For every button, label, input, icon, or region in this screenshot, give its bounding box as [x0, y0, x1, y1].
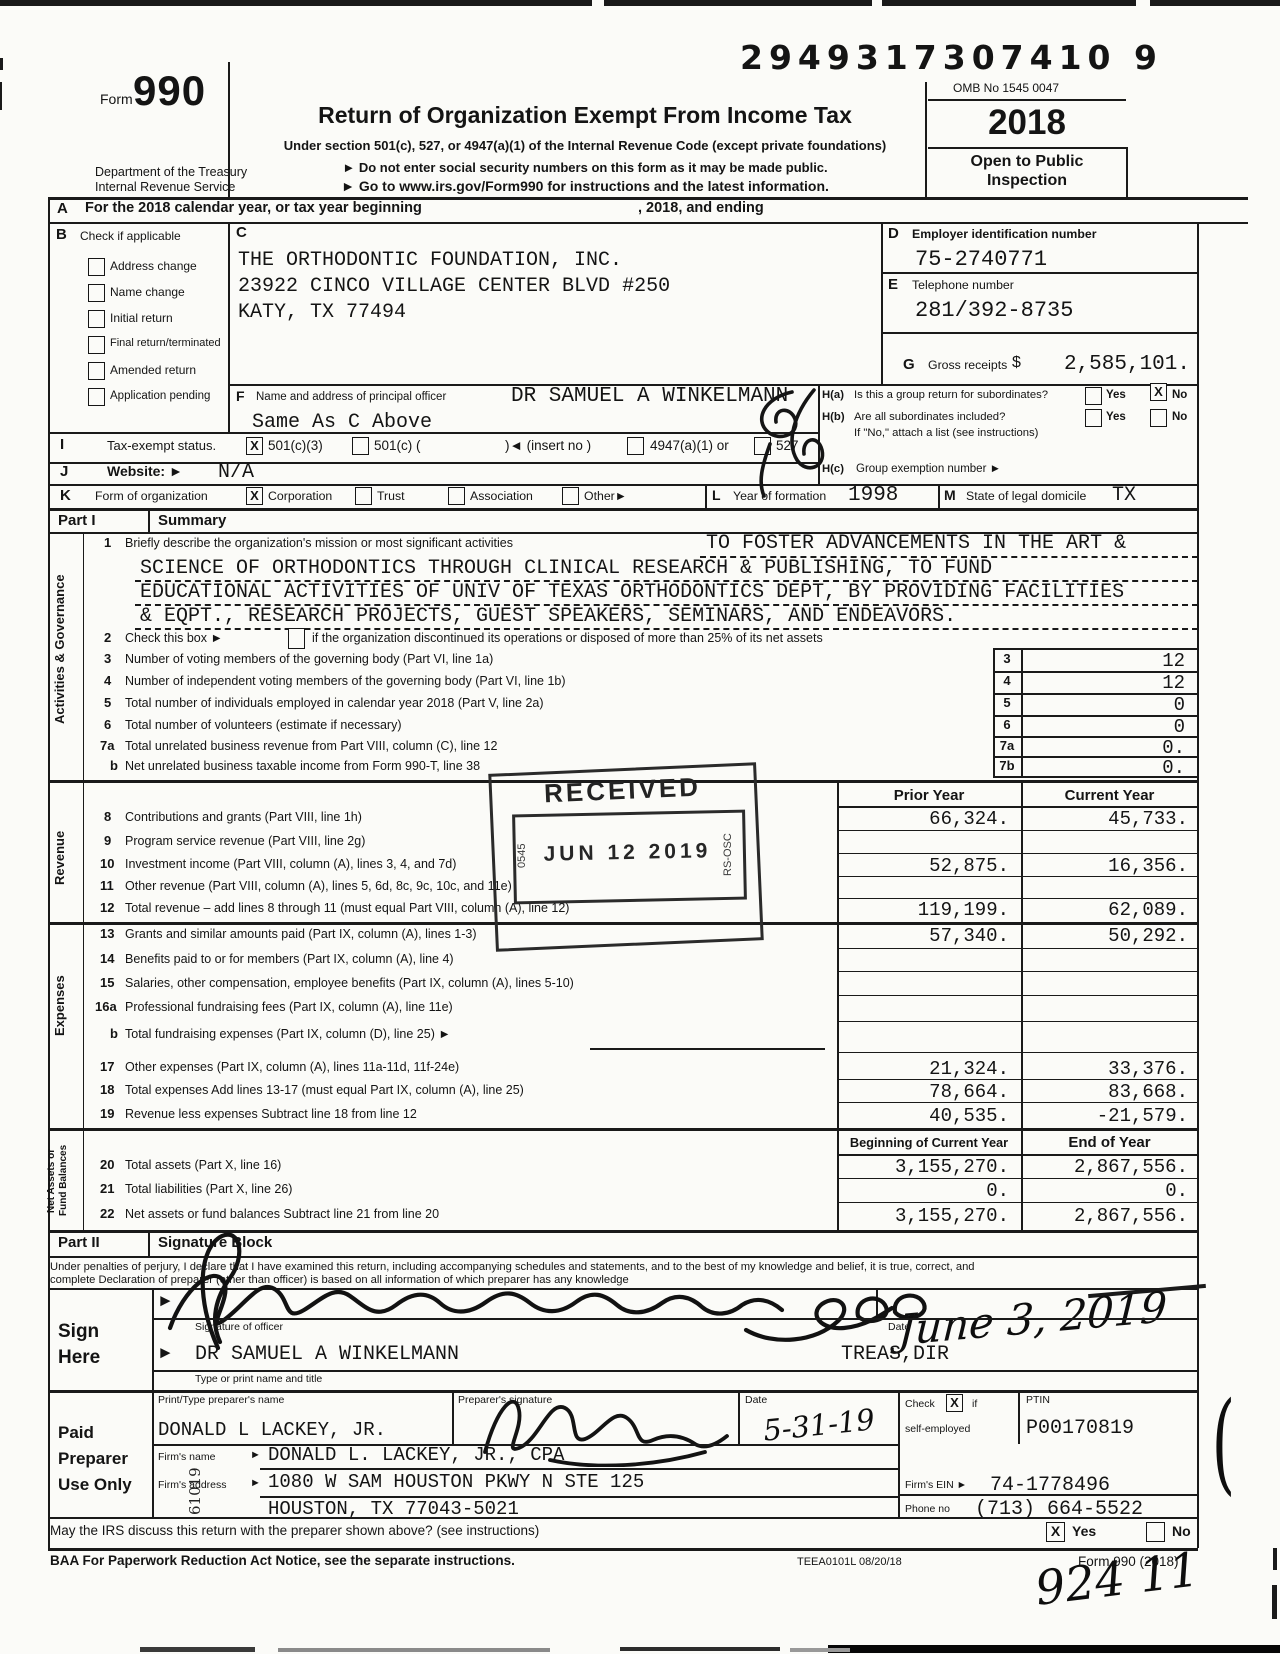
preparer-if-label: if — [972, 1399, 977, 1410]
row6-num: 6 — [104, 718, 111, 732]
line-m-letter: M — [944, 488, 956, 503]
line — [228, 222, 230, 432]
line — [1018, 1390, 1020, 1444]
line — [837, 780, 839, 1230]
self-employed-label: self-employed — [905, 1424, 970, 1435]
part2-title: Signature Block — [158, 1235, 272, 1251]
box-d-letter: D — [888, 226, 899, 242]
scan-artifact — [278, 1648, 550, 1652]
row16b-num: b — [110, 1027, 118, 1041]
line — [148, 508, 150, 532]
row8-num: 8 — [104, 810, 111, 824]
row12-label: Total revenue – add lines 8 through 11 (… — [125, 902, 569, 916]
hb-no-label: No — [1172, 411, 1187, 423]
scan-artifact — [1272, 1585, 1277, 1619]
hc-text: Group exemption number ► — [856, 463, 1001, 475]
scan-artifact — [604, 0, 872, 6]
row21-prior: 0. — [841, 1180, 1009, 1202]
line — [48, 1128, 1198, 1131]
row12-num: 12 — [100, 901, 114, 915]
scan-artifact — [828, 1645, 1280, 1653]
checkbox-initial-return — [88, 310, 105, 328]
box-f-letter: F — [236, 389, 245, 404]
discuss-yes-checkbox: X — [1046, 1522, 1065, 1542]
row6-box: 6 — [993, 718, 1021, 732]
sign-date-label: Date — [888, 1322, 910, 1333]
row8-prior: 66,324. — [841, 808, 1009, 830]
line2-label-b: if the organization discontinued its ope… — [312, 632, 823, 646]
phone-value: 281/392-8735 — [915, 299, 1073, 323]
ein-value: 75-2740771 — [915, 248, 1047, 272]
line — [876, 1288, 878, 1318]
checkbox-name-change — [88, 284, 105, 302]
row10-label: Investment income (Part VIII, column (A)… — [125, 858, 456, 872]
mission-line-2: EDUCATIONAL ACTIVITIES OF UNIV OF TEXAS … — [140, 582, 1124, 604]
ha-yes-checkbox — [1085, 387, 1102, 405]
prior-year-header: Prior Year — [837, 788, 1021, 804]
mission-line-3: & EQPT., RESEARCH PROJECTS, GUEST SPEAKE… — [140, 606, 956, 628]
row10-prior: 52,875. — [841, 855, 1009, 877]
scan-artifact — [620, 1647, 780, 1651]
type-or-print-label: Type or print name and title — [195, 1374, 322, 1385]
discuss-no-checkbox — [1146, 1522, 1165, 1542]
row12-current: 62,089. — [1025, 899, 1188, 921]
row15-label: Salaries, other compensation, employee b… — [125, 977, 574, 991]
row7a-box: 7a — [993, 739, 1021, 753]
row7b-box: 7b — [993, 759, 1021, 773]
row20-prior: 3,155,270. — [841, 1156, 1009, 1178]
box-g-label: Gross receipts — [928, 359, 1007, 372]
scan-artifact — [140, 1647, 255, 1652]
line — [1126, 147, 1128, 197]
header-note-1: ► Do not enter social security numbers o… — [250, 161, 920, 175]
box-g-letter: G — [903, 357, 915, 373]
row16b-label: Total fundraising expenses (Part IX, col… — [125, 1028, 451, 1042]
row12-prior: 119,199. — [841, 899, 1009, 921]
sidebar-governance: Activities & Governance — [52, 540, 67, 758]
row21-num: 21 — [100, 1182, 114, 1196]
hb-note: If "No," attach a list (see instructions… — [854, 427, 1038, 439]
checkbox-527 — [754, 437, 771, 455]
sidebar-revenue: Revenue — [52, 795, 67, 920]
ha-no-checkbox: X — [1150, 383, 1167, 401]
sidebar-expenses: Expenses — [52, 938, 67, 1073]
row22-num: 22 — [100, 1207, 114, 1221]
received-stamp-date: JUN 12 2019 — [520, 840, 735, 867]
row14-label: Benefits paid to or for members (Part IX… — [125, 953, 454, 967]
org-name: THE ORTHODONTIC FOUNDATION, INC. — [238, 250, 622, 272]
tax-year: 2018 — [932, 104, 1122, 142]
row5-num: 5 — [104, 696, 111, 710]
paid-label-2: Preparer — [58, 1450, 128, 1468]
discuss-yes-label: Yes — [1072, 1524, 1096, 1539]
label-final-return: Final return/terminated — [110, 338, 221, 350]
row20-label: Total assets (Part X, line 16) — [125, 1159, 281, 1173]
row3-label: Number of voting members of the governin… — [125, 653, 493, 667]
officer-name-arrow: ► — [157, 1344, 174, 1362]
checkbox-other — [562, 487, 579, 505]
self-employed-checkbox: X — [946, 1394, 963, 1412]
ha-no-label: No — [1172, 389, 1187, 401]
line — [837, 1202, 1198, 1203]
omb-number: OMB No 1545 0047 — [953, 82, 1059, 95]
row13-num: 13 — [100, 927, 114, 941]
line — [938, 484, 940, 508]
row16a-label: Professional fundraising fees (Part IX, … — [125, 1001, 453, 1015]
dept-line-2: Internal Revenue Service — [95, 181, 235, 195]
line-l-label: Year of formation — [733, 490, 826, 503]
checkbox-amended-return — [88, 362, 105, 380]
row4-num: 4 — [104, 674, 111, 688]
row19-prior: 40,535. — [841, 1105, 1009, 1127]
page-title: Return of Organization Exempt From Incom… — [250, 103, 920, 128]
line-k-letter: K — [60, 488, 71, 504]
line — [228, 62, 230, 197]
row20-num: 20 — [100, 1158, 114, 1172]
ha-label: H(a) — [822, 389, 844, 401]
current-year-header: Current Year — [1021, 788, 1198, 804]
row11-label: Other revenue (Part VIII, column (A), li… — [125, 880, 512, 894]
box-f-label: Name and address of principal officer — [256, 391, 446, 403]
checkbox-501c3: X — [246, 437, 263, 455]
label-initial-return: Initial return — [110, 312, 173, 325]
line — [83, 532, 84, 1230]
form-number: 990 — [133, 68, 206, 113]
row20-current: 2,867,556. — [1025, 1156, 1188, 1178]
line — [48, 1230, 1198, 1233]
row22-label: Net assets or fund balances Subtract lin… — [125, 1208, 439, 1222]
row10-current: 16,356. — [1025, 855, 1188, 877]
line — [837, 1052, 1198, 1053]
row19-num: 19 — [100, 1107, 114, 1121]
row5-box: 5 — [993, 696, 1021, 710]
scan-artifact — [1150, 0, 1280, 6]
row3-num: 3 — [104, 652, 111, 666]
line — [837, 971, 1198, 972]
row6-label: Total number of volunteers (estimate if … — [125, 719, 402, 733]
received-stamp-left-code: 0545 — [516, 826, 528, 886]
baa-notice: BAA For Paperwork Reduction Act Notice, … — [50, 1554, 515, 1569]
sign-here-1: Sign — [58, 1322, 99, 1343]
line — [48, 1256, 1198, 1258]
same-as-c-above: Same As C Above — [252, 412, 432, 434]
option-527: 527 — [776, 439, 799, 454]
line — [1197, 222, 1199, 1548]
line — [1021, 648, 1023, 778]
signature-of-officer-label: Signature of officer — [195, 1322, 283, 1333]
row5-label: Total number of individuals employed in … — [125, 697, 544, 711]
hb-no-checkbox — [1150, 409, 1167, 427]
line-k-label: Form of organization — [95, 490, 208, 503]
scan-artifact — [0, 58, 3, 70]
teea-code: TEEA0101L 08/20/18 — [797, 1557, 902, 1569]
line-j-label: Website: ► — [107, 464, 183, 479]
part1-tag: Part I — [58, 513, 96, 529]
principal-officer: DR SAMUEL A WINKELMANN — [511, 386, 788, 409]
preparer-name-label: Print/Type preparer's name — [158, 1395, 284, 1406]
row19-current: -21,579. — [1025, 1105, 1188, 1127]
option-other: Other► — [584, 490, 627, 503]
checkbox-discontinued — [288, 628, 305, 649]
line — [928, 99, 1126, 101]
perjury-line-1: Under penalties of perjury, I declare th… — [50, 1261, 975, 1273]
scan-artifact — [1273, 1548, 1277, 1570]
scan-artifact — [0, 0, 592, 6]
preparer-check-label: Check — [905, 1399, 935, 1410]
gross-receipts-value: 2,585,101. — [1030, 353, 1190, 376]
sign-here-2: Here — [58, 1348, 100, 1369]
mission-line-1: SCIENCE OF ORTHODONTICS THROUGH CLINICAL… — [140, 558, 992, 580]
line-i-letter: I — [60, 437, 64, 453]
option-501c: 501(c) ( — [374, 439, 421, 454]
option-501c3: 501(c)(3) — [268, 439, 323, 454]
row15-num: 15 — [100, 976, 114, 990]
ptin-value: P00170819 — [1026, 1418, 1134, 1440]
preparer-date-handwritten: 5-31-19 — [762, 1402, 877, 1448]
line-a-text: For the 2018 calendar year, or tax year … — [85, 201, 422, 217]
line-a-text2: , 2018, and ending — [638, 201, 764, 217]
row6-value: 0 — [1025, 716, 1185, 738]
firm-name-typed: DONALD L. LACKEY, JR., CPA — [268, 1445, 564, 1466]
row5-value: 0 — [1025, 694, 1185, 716]
row22-current: 2,867,556. — [1025, 1205, 1188, 1227]
row7a-num: 7a — [100, 739, 114, 753]
line — [48, 1288, 1198, 1290]
label-application-pending: Application pending — [110, 390, 210, 402]
officer-sig-arrow: ► — [157, 1292, 174, 1310]
firm-name-arrow: ► — [250, 1450, 261, 1462]
firm-address-1: 1080 W SAM HOUSTON PKWY N STE 125 — [268, 1472, 644, 1493]
line — [590, 1048, 825, 1050]
row7a-label: Total unrelated business revenue from Pa… — [125, 740, 497, 754]
row17-label: Other expenses (Part IX, column (A), lin… — [125, 1061, 459, 1075]
ha-yes-label: Yes — [1106, 389, 1126, 401]
line — [152, 1318, 1198, 1320]
line — [837, 853, 1198, 854]
part2-tag: Part II — [58, 1235, 100, 1251]
firm-ein-label: Firm's EIN ► — [905, 1480, 967, 1491]
received-stamp-text: RECEIVED — [500, 771, 746, 810]
label-address-change: Address change — [110, 260, 197, 273]
checkbox-corporation: X — [246, 487, 263, 505]
beginning-year-header: Beginning of Current Year — [837, 1136, 1021, 1150]
checkbox-trust — [355, 487, 372, 505]
open-to-public-2: Inspection — [932, 172, 1122, 189]
line — [705, 484, 707, 508]
line — [152, 1370, 1198, 1372]
label-name-change: Name change — [110, 286, 185, 299]
row13-current: 50,292. — [1025, 925, 1188, 947]
handwriting-stroke — [1088, 1284, 1206, 1298]
scan-artifact — [790, 1648, 850, 1652]
preparer-date-label: Date — [745, 1395, 767, 1406]
state-of-domicile: TX — [1112, 485, 1136, 507]
scan-artifact — [882, 0, 1136, 6]
preparer-name-typed: DONALD L LACKEY, JR. — [158, 1420, 386, 1441]
end-year-header: End of Year — [1021, 1135, 1198, 1151]
officer-title-typed: TREAS,DIR — [841, 1344, 949, 1366]
row22-prior: 3,155,270. — [841, 1205, 1009, 1227]
ha-text: Is this a group return for subordinates? — [854, 389, 1048, 401]
sidebar-net-assets-2: Fund Balances — [58, 1128, 69, 1233]
line — [148, 1230, 150, 1256]
row14-num: 14 — [100, 952, 114, 966]
paid-label-1: Paid — [58, 1424, 94, 1442]
line — [152, 1288, 154, 1517]
line1-label: Briefly describe the organization's miss… — [125, 537, 513, 551]
open-to-public-1: Open to Public — [932, 153, 1122, 170]
line — [452, 1390, 454, 1444]
line — [881, 222, 883, 384]
page-subtitle: Under section 501(c), 527, or 4947(a)(1)… — [250, 139, 920, 153]
line — [818, 384, 820, 484]
row10-num: 10 — [100, 857, 114, 871]
row4-label: Number of independent voting members of … — [125, 675, 566, 689]
org-address-1: 23922 CINCO VILLAGE CENTER BLVD #250 — [238, 276, 670, 298]
row21-label: Total liabilities (Part X, line 26) — [125, 1183, 292, 1197]
checkbox-application-pending — [88, 388, 105, 406]
line — [881, 332, 1198, 334]
row4-box: 4 — [993, 674, 1021, 688]
row17-prior: 21,324. — [841, 1058, 1009, 1080]
firm-address-arrow: ► — [250, 1478, 261, 1490]
perjury-line-2: complete Declaration of preparer (other … — [50, 1274, 629, 1286]
line-m-label: State of legal domicile — [966, 490, 1086, 503]
line — [837, 1102, 1198, 1103]
line — [837, 1178, 1198, 1179]
line — [738, 1390, 740, 1444]
officer-name-typed: DR SAMUEL A WINKELMANN — [195, 1344, 459, 1366]
line — [260, 1468, 899, 1470]
row13-prior: 57,340. — [841, 925, 1009, 947]
row13-label: Grants and similar amounts paid (Part IX… — [125, 928, 477, 942]
row18-prior: 78,664. — [841, 1081, 1009, 1103]
row7b-label: Net unrelated business taxable income fr… — [125, 760, 480, 774]
box-d-title: Employer identification number — [912, 228, 1096, 241]
line — [898, 1390, 900, 1517]
box-b-letter: B — [56, 227, 67, 243]
ptin-label: PTIN — [1026, 1395, 1050, 1406]
line-j-letter: J — [60, 464, 68, 480]
row9-label: Program service revenue (Part VIII, line… — [125, 835, 365, 849]
row17-num: 17 — [100, 1060, 114, 1074]
handwritten-brace: ( — [1212, 1378, 1236, 1506]
line1-num: 1 — [104, 536, 111, 550]
row8-current: 45,733. — [1025, 808, 1188, 830]
received-stamp-right-code: RS-OSC — [722, 820, 734, 890]
row16a-num: 16a — [95, 1000, 117, 1014]
option-4947: 4947(a)(1) or — [650, 439, 729, 454]
mission-line-0: TO FOSTER ADVANCEMENTS IN THE ART & — [706, 533, 1126, 555]
form-word: Form — [100, 92, 133, 107]
option-501c-insert: )◄ (insert no ) — [505, 439, 591, 454]
phone-label: Phone no — [905, 1504, 950, 1515]
row19-label: Revenue less expenses Subtract line 18 f… — [125, 1108, 417, 1122]
line — [925, 82, 927, 197]
box-b-title: Check if applicable — [80, 230, 181, 243]
row3-box: 3 — [993, 652, 1021, 666]
box-e-letter: E — [888, 277, 898, 293]
row8-label: Contributions and grants (Part VIII, lin… — [125, 811, 362, 825]
line — [48, 197, 50, 1548]
discuss-no-label: No — [1172, 1524, 1191, 1539]
line — [48, 1517, 1198, 1519]
box-c-letter: C — [236, 225, 247, 241]
row17-current: 33,376. — [1025, 1058, 1188, 1080]
row21-current: 0. — [1025, 1180, 1188, 1202]
line-i-label: Tax-exempt status. — [107, 439, 216, 453]
dept-line-1: Department of the Treasury — [95, 166, 247, 180]
line — [993, 776, 1198, 778]
box-e-title: Telephone number — [912, 279, 1014, 292]
website-value: N/A — [218, 462, 254, 484]
line — [837, 830, 1198, 831]
form-990-scanned-page: Form 990 2949317307410 9 Return of Organ… — [0, 0, 1280, 1654]
hb-yes-checkbox — [1085, 409, 1102, 427]
option-corporation: Corporation — [268, 490, 332, 503]
checkbox-final-return — [88, 336, 105, 354]
row3-value: 12 — [1025, 650, 1185, 672]
line-l-letter: L — [712, 488, 721, 503]
line2-label-a: Check this box ► — [125, 632, 223, 646]
received-stamp-inner — [512, 810, 747, 905]
checkbox-association — [448, 487, 465, 505]
hb-yes-label: Yes — [1106, 411, 1126, 423]
checkbox-address-change — [88, 258, 105, 276]
line — [898, 1494, 1198, 1496]
line — [48, 1390, 1198, 1393]
line — [928, 147, 1126, 149]
row18-current: 83,668. — [1025, 1081, 1188, 1103]
box-g-dollar: $ — [1012, 354, 1021, 371]
org-address-2: KATY, TX 77494 — [238, 302, 406, 324]
hc-label: H(c) — [822, 463, 844, 475]
hb-label: H(b) — [822, 411, 845, 423]
line2-num: 2 — [104, 631, 111, 645]
line — [837, 1021, 1198, 1022]
line — [837, 1079, 1198, 1080]
line — [881, 272, 1198, 274]
row18-label: Total expenses Add lines 13-17 (must equ… — [125, 1084, 524, 1098]
paid-label-3: Use Only — [58, 1476, 132, 1494]
line — [837, 876, 1198, 877]
year-of-formation: 1998 — [848, 485, 898, 508]
line — [48, 508, 1198, 511]
line — [48, 780, 1198, 783]
option-trust: Trust — [377, 490, 405, 503]
barcode-number: 2949317307410 9 — [740, 40, 1163, 76]
line-a-letter: A — [57, 201, 68, 217]
line — [837, 995, 1198, 996]
discuss-question: May the IRS discuss this return with the… — [50, 1524, 539, 1539]
preparer-sig-label: Preparer's signature — [458, 1395, 552, 1406]
form-990-footer: Form 990 (2018) — [1078, 1555, 1179, 1570]
option-association: Association — [470, 490, 533, 503]
row9-num: 9 — [104, 834, 111, 848]
row4-value: 12 — [1025, 672, 1185, 694]
line — [48, 432, 818, 434]
scan-artifact — [0, 82, 2, 110]
part1-title: Summary — [158, 513, 226, 529]
checkbox-4947 — [627, 437, 644, 455]
line — [48, 484, 1198, 486]
line — [48, 1548, 1198, 1551]
line — [837, 948, 1198, 949]
hb-text: Are all subordinates included? — [854, 411, 1005, 423]
line — [1021, 780, 1023, 1230]
header-note-2: ► Go to www.irs.gov/Form990 for instruct… — [250, 179, 920, 194]
sidebar-net-assets-1: Net Assets or — [46, 1128, 57, 1233]
